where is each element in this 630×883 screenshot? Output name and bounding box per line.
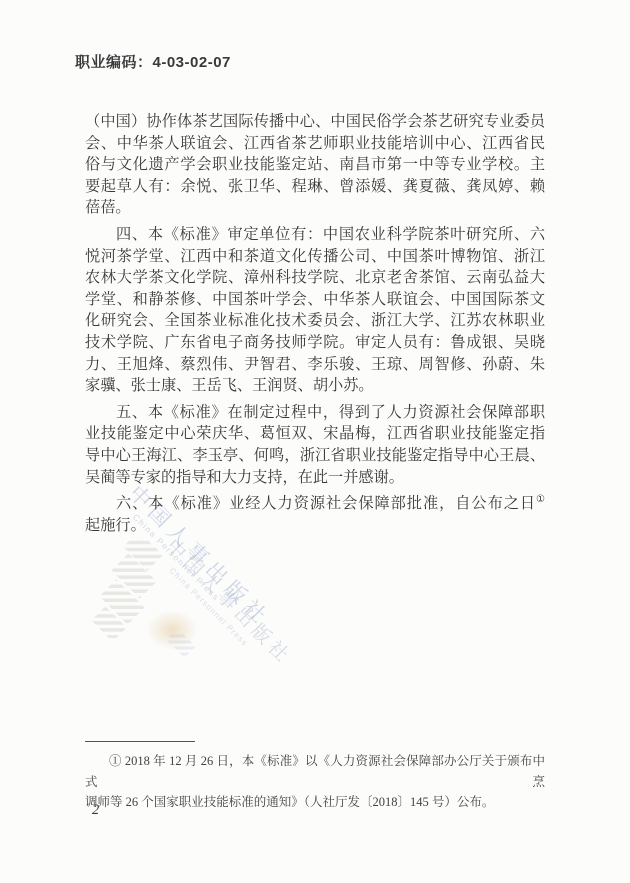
text-line: 起施行。	[85, 515, 545, 537]
paragraph-item-4: 四、本《标准》审定单位有：中国农业科学院茶叶研究所、六 悦河茶学堂、江西中和茶道…	[85, 224, 545, 397]
text-line: 力、王旭烽、蔡烈伟、尹智君、李乐骏、王琼、周智修、孙蔚、朱	[85, 354, 545, 376]
watermark-publisher-en-2: China Personnel Press	[168, 566, 250, 648]
paragraph-item-5: 五、本《标准》在制定过程中，得到了人力资源社会保障部职 业技能鉴定中心荣庆华、葛…	[85, 402, 545, 488]
text-line: 农林大学茶文化学院、漳州科技学院、北京老舍茶馆、云南弘益大	[85, 267, 545, 289]
occupation-code-label: 职业编码：4-03-02-07	[75, 51, 231, 72]
body-text: （中国）协作体茶艺国际传播中心、中国民俗学会茶艺研究专业委员 会、中华茶人联谊会…	[85, 111, 545, 536]
text-line-main: 六、本《标准》业经人力资源社会保障部批准，自公布之日	[116, 495, 536, 512]
text-line: 家骥、张士康、王岳飞、王润贤、胡小苏。	[85, 375, 545, 397]
footnote-divider	[85, 741, 195, 742]
footnote-line: 调师等 26 个国家职业技能标准的通知》（人社厅发〔2018〕145 号）公布。	[85, 792, 545, 813]
page-number: 2	[92, 802, 99, 819]
text-line: 四、本《标准》审定单位有：中国农业科学院茶叶研究所、六	[85, 224, 545, 246]
text-line: 要起草人有：余悦、张卫华、程琳、曾添媛、龚夏薇、龚凤婷、赖	[85, 176, 545, 198]
text-line: 悦河茶学堂、江西中和茶道文化传播公司、中国茶叶博物馆、浙江	[85, 246, 545, 268]
footnote-line: ① 2018 年 12 月 26 日，本《标准》以《人力资源社会保障部办公厅关于…	[85, 751, 545, 792]
footnote-reference-mark: ①	[536, 494, 545, 505]
text-line: 吴蔺等专家的指导和大力支持，在此一并感谢。	[85, 467, 545, 489]
text-line: 俗与文化遗产学会职业技能鉴定站、南昌市第一中等专业学校。主	[85, 154, 545, 176]
paragraph-item-6: 六、本《标准》业经人力资源社会保障部批准，自公布之日① 起施行。	[85, 493, 545, 536]
text-line: 导中心王海江、李玉亭、何鸣，浙江省职业技能鉴定指导中心王晨、	[85, 445, 545, 467]
text-line: 会、中华茶人联谊会、江西省茶艺师职业技能培训中心、江西省民	[85, 133, 545, 155]
paper-stain	[146, 610, 198, 650]
footnote: ① 2018 年 12 月 26 日，本《标准》以《人力资源社会保障部办公厅关于…	[85, 751, 545, 813]
watermark-publisher-cn-2: 中国人事出版社	[161, 532, 299, 670]
text-line: 六、本《标准》业经人力资源社会保障部批准，自公布之日①	[85, 493, 545, 515]
text-line: 学堂、和静茶修、中国茶叶学会、中华茶人联谊会、中国国际茶文	[85, 289, 545, 311]
text-line: （中国）协作体茶艺国际传播中心、中国民俗学会茶艺研究专业委员	[85, 111, 545, 133]
paragraph-continuation: （中国）协作体茶艺国际传播中心、中国民俗学会茶艺研究专业委员 会、中华茶人联谊会…	[85, 111, 545, 219]
text-line: 化研究会、全国茶业标准化技术委员会、浙江大学、江苏农林职业	[85, 310, 545, 332]
document-page: 中国人事出版社 China Personnel Press 中国人事出版社 Ch…	[0, 0, 630, 883]
text-line: 五、本《标准》在制定过程中，得到了人力资源社会保障部职	[85, 402, 545, 424]
text-line: 蓓蓓。	[85, 197, 545, 219]
text-line: 业技能鉴定中心荣庆华、葛恒双、宋晶梅，江西省职业技能鉴定指	[85, 423, 545, 445]
text-line: 技术学院、广东省电子商务技师学院。审定人员有：鲁成银、吴晓	[85, 332, 545, 354]
publisher-logo-icon	[92, 538, 176, 643]
publisher-logo-icon-small	[162, 633, 198, 670]
